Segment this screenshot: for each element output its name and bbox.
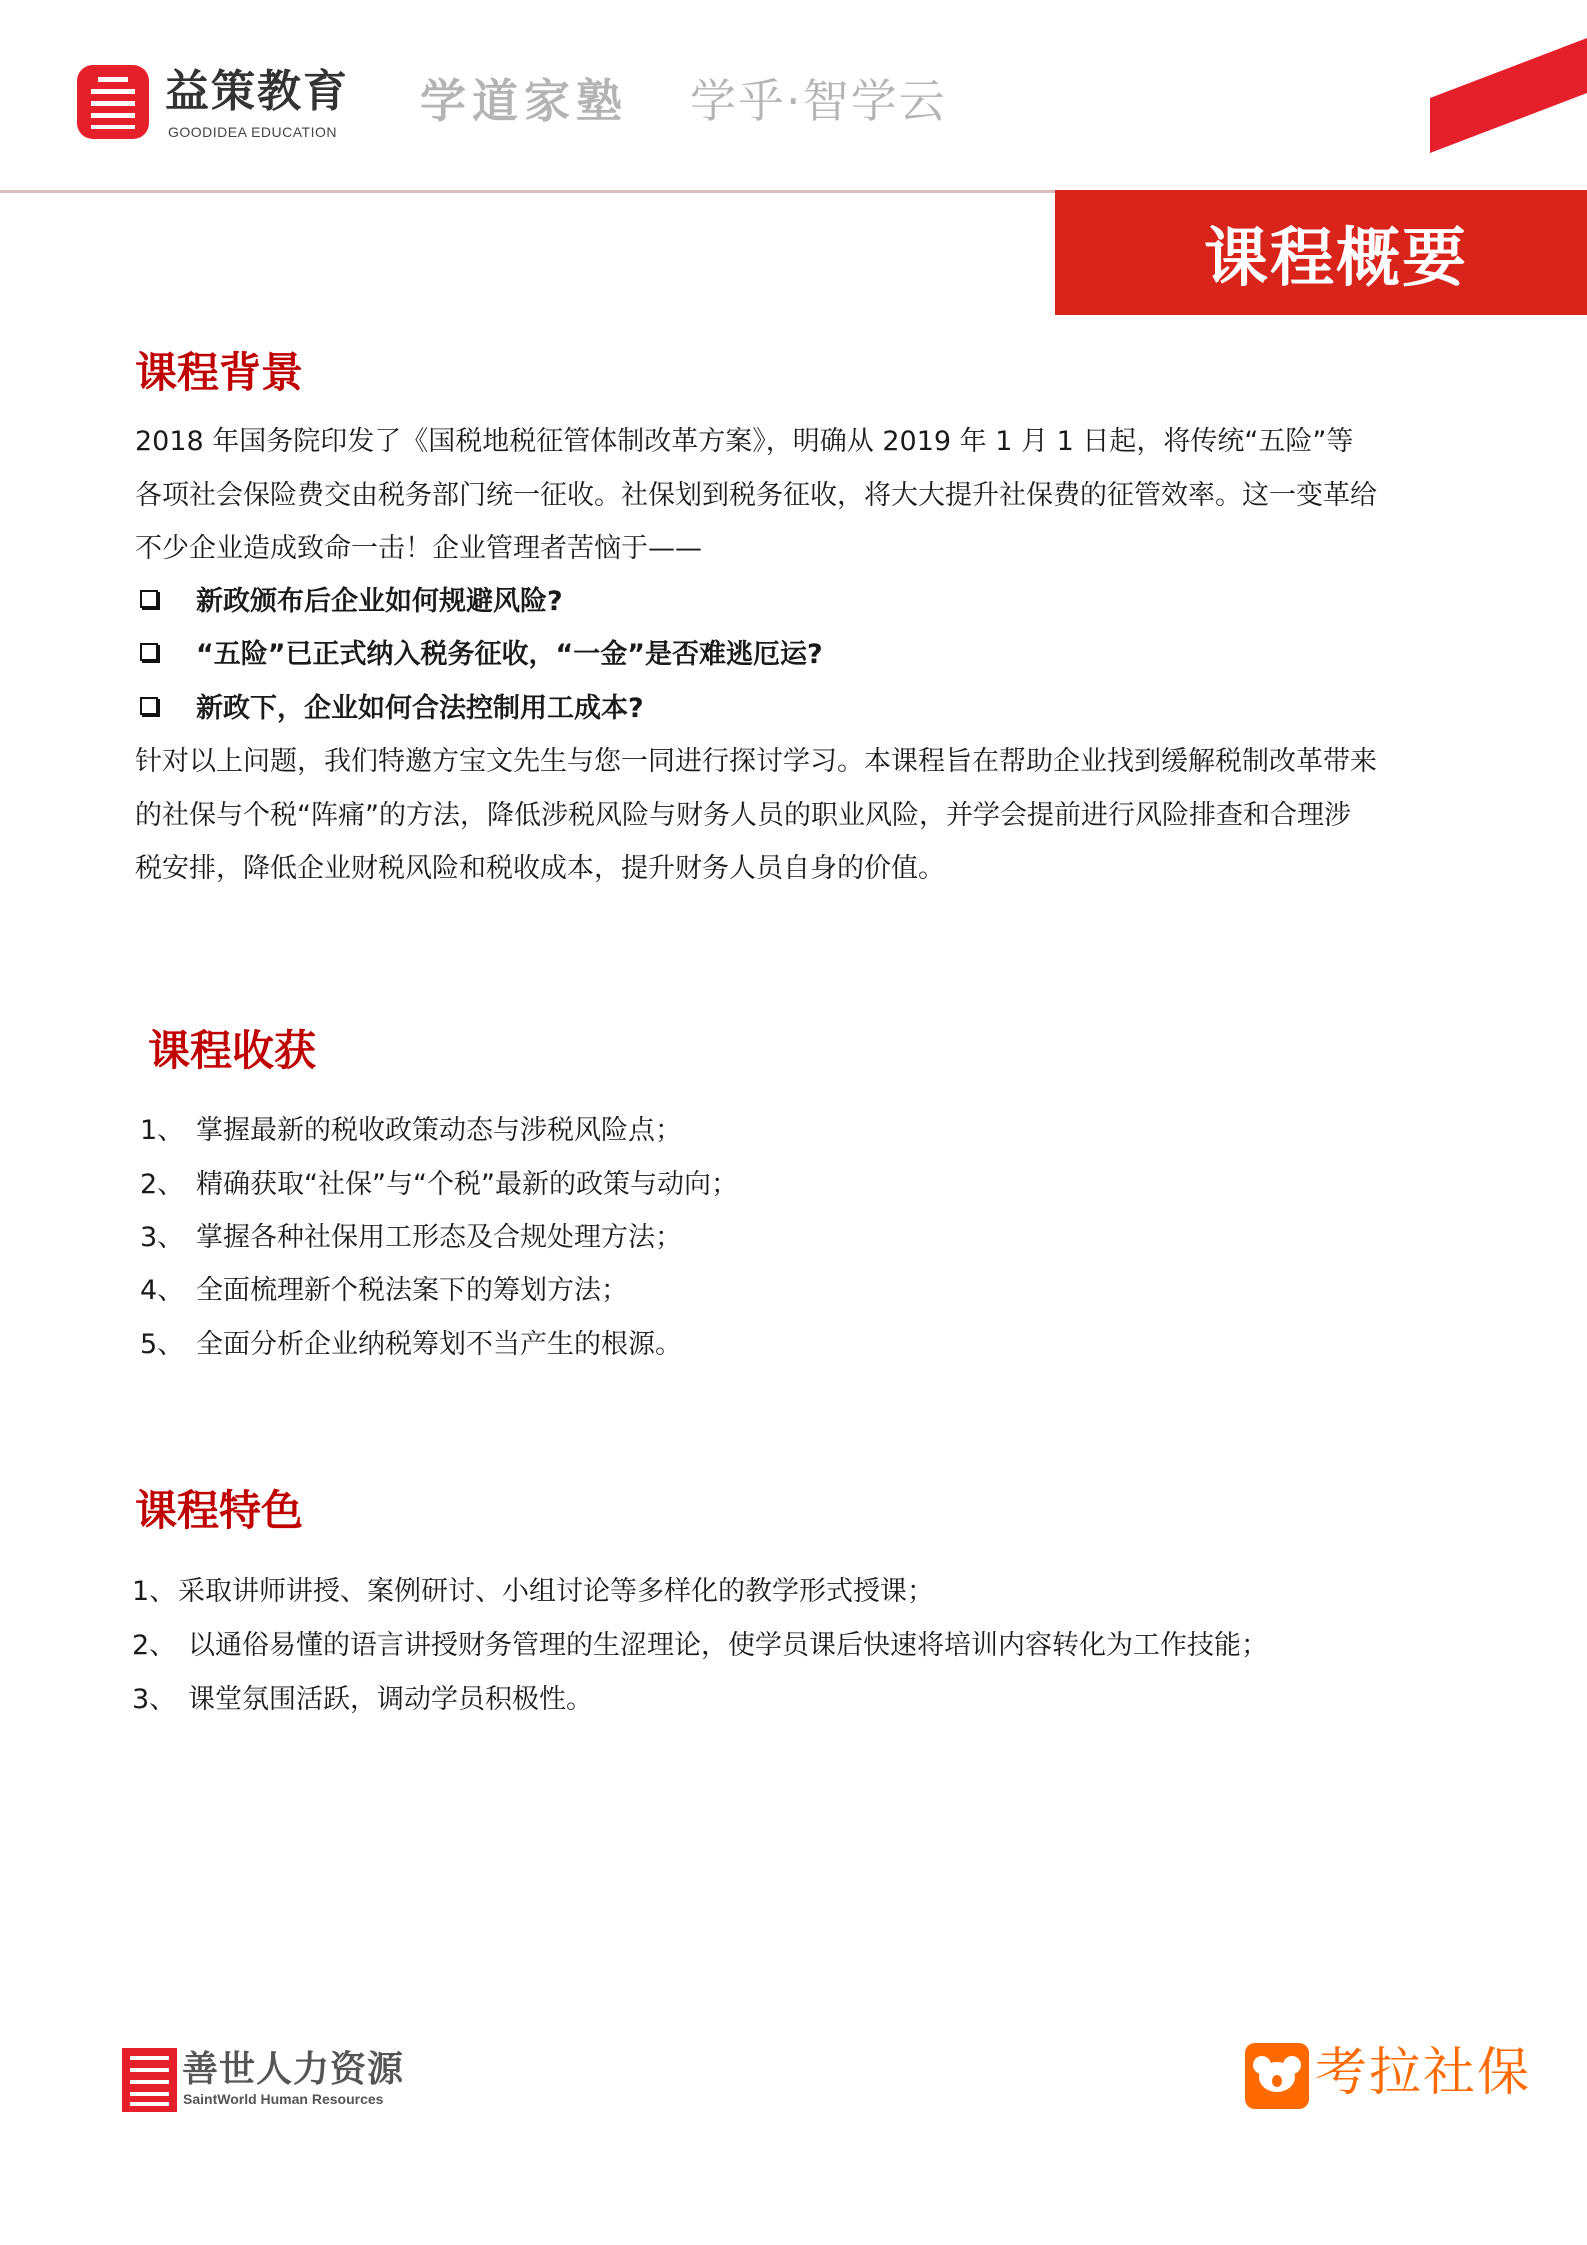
- intro-line-2: 的社保与个税“阵痛”的方法，降低涉税风险与财务人员的职业风险，并学会提前进行风险…: [135, 802, 1351, 829]
- section-banner: 课程概要: [1055, 190, 1587, 315]
- goodidea-logo-icon: [77, 65, 149, 139]
- koala-logo-icon: [1245, 2043, 1309, 2109]
- checkbox-bullet-icon: [140, 697, 158, 715]
- logo-subtitle: GOODIDEA EDUCATION: [168, 124, 337, 140]
- brand-xuehu: 学乎·智学云: [690, 78, 947, 124]
- background-line-1: 2018 年国务院印发了《国税地税征管体制改革方案》，明确从 2019 年 1 …: [135, 428, 1353, 455]
- background-line-2: 各项社会保险费交由税务部门统一征收。社保划到税务征收，将大大提升社保费的征管效率…: [135, 482, 1377, 509]
- bullet-item: 新政下，企业如何合法控制用工成本?: [140, 695, 644, 722]
- checkbox-bullet-icon: [140, 643, 158, 661]
- feature-item: 1、采取讲师讲授、案例研讨、小组讨论等多样化的教学形式授课；: [132, 1578, 934, 1605]
- gain-item: 1、掌握最新的税收政策动态与涉税风险点；: [140, 1117, 682, 1144]
- logo-name: 益策教育: [165, 70, 349, 114]
- feature-item: 3、课堂氛围活跃，调动学员积极性。: [132, 1686, 593, 1713]
- heading-features: 课程特色: [135, 1490, 303, 1532]
- background-line-3: 不少企业造成致命一击！企业管理者苦恼于——: [135, 535, 702, 562]
- saintworld-name: 善世人力资源: [182, 2052, 404, 2088]
- banner-title: 课程概要: [1204, 207, 1468, 299]
- intro-line-1: 针对以上问题，我们特邀方宝文先生与您一同进行探讨学习。本课程旨在帮助企业找到缓解…: [135, 748, 1377, 775]
- decorative-red-slash-icon: [1430, 38, 1587, 153]
- heading-gains: 课程收获: [148, 1030, 316, 1072]
- gain-item: 3、掌握各种社保用工形态及合规处理方法；: [140, 1224, 682, 1251]
- saintworld-subtitle: SaintWorld Human Resources: [183, 2091, 383, 2107]
- bullet-item: 新政颁布后企业如何规避风险?: [140, 588, 563, 615]
- checkbox-bullet-icon: [140, 590, 158, 608]
- gain-item: 4、全面梳理新个税法案下的筹划方法；: [140, 1277, 628, 1304]
- intro-line-3: 税安排，降低企业财税风险和税收成本，提升财务人员自身的价值。: [135, 855, 945, 882]
- header-divider: [0, 190, 1056, 193]
- heading-background: 课程背景: [135, 352, 303, 394]
- brand-xuedao: 学道家塾: [420, 78, 628, 124]
- gain-item: 2、精确获取“社保”与“个税”最新的政策与动向；: [140, 1171, 738, 1198]
- koala-social-security-name: 考拉社保: [1315, 2047, 1531, 2099]
- saintworld-logo-icon: [122, 2048, 177, 2112]
- gain-item: 5、全面分析企业纳税筹划不当产生的根源。: [140, 1331, 682, 1358]
- feature-item: 2、以通俗易懂的语言讲授财务管理的生涩理论，使学员课后快速将培训内容转化为工作技…: [132, 1632, 1268, 1659]
- bullet-item: “五险”已正式纳入税务征收，“一金”是否难逃厄运?: [140, 641, 823, 668]
